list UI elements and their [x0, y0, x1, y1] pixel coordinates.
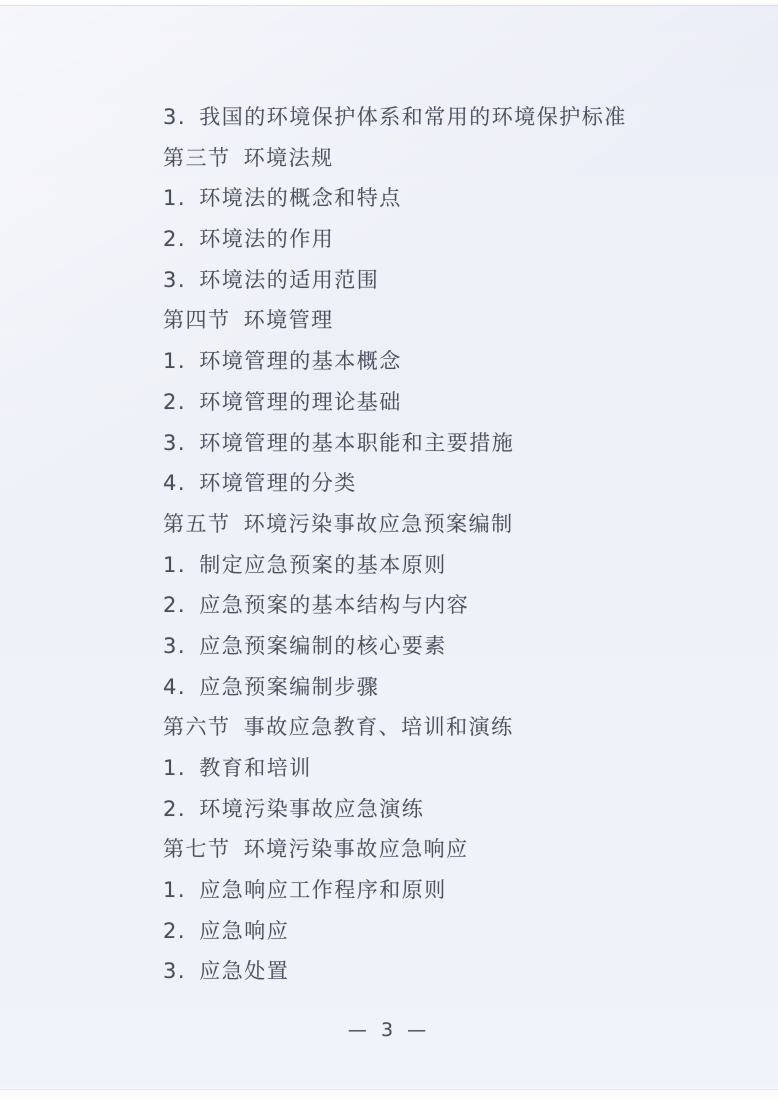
outline-item: 2. 环境污染事故应急演练	[163, 789, 627, 830]
outline-item: 3. 环境管理的基本职能和主要措施	[163, 423, 627, 464]
outline-item: 1. 环境管理的基本概念	[163, 341, 627, 382]
outline-item: 3. 应急预案编制的核心要素	[163, 626, 627, 667]
outline-item: 2. 应急预案的基本结构与内容	[163, 585, 627, 626]
outline-item: 3. 我国的环境保护体系和常用的环境保护标准	[163, 97, 627, 138]
outline-item: 3. 环境法的适用范围	[163, 260, 627, 301]
document-body: 3. 我国的环境保护体系和常用的环境保护标准 第三节 环境法规 1. 环境法的概…	[163, 97, 627, 992]
outline-item: 2. 环境管理的理论基础	[163, 382, 627, 423]
scan-edge-bottom	[0, 1089, 778, 1090]
page-number: — 3 —	[0, 1019, 778, 1041]
section-heading: 第七节 环境污染事故应急响应	[163, 829, 627, 870]
section-heading: 第三节 环境法规	[163, 138, 627, 179]
outline-item: 1. 应急响应工作程序和原则	[163, 870, 627, 911]
outline-item: 2. 应急响应	[163, 911, 627, 952]
outline-item: 3. 应急处置	[163, 951, 627, 992]
section-heading: 第六节 事故应急教育、培训和演练	[163, 707, 627, 748]
section-heading: 第五节 环境污染事故应急预案编制	[163, 504, 627, 545]
outline-item: 2. 环境法的作用	[163, 219, 627, 260]
outline-item: 1. 制定应急预案的基本原则	[163, 545, 627, 586]
section-heading: 第四节 环境管理	[163, 300, 627, 341]
scan-edge-top	[0, 5, 778, 6]
outline-item: 1. 教育和培训	[163, 748, 627, 789]
outline-item: 4. 应急预案编制步骤	[163, 667, 627, 708]
document-page: 3. 我国的环境保护体系和常用的环境保护标准 第三节 环境法规 1. 环境法的概…	[0, 0, 778, 1100]
outline-item: 1. 环境法的概念和特点	[163, 178, 627, 219]
outline-item: 4. 环境管理的分类	[163, 463, 627, 504]
